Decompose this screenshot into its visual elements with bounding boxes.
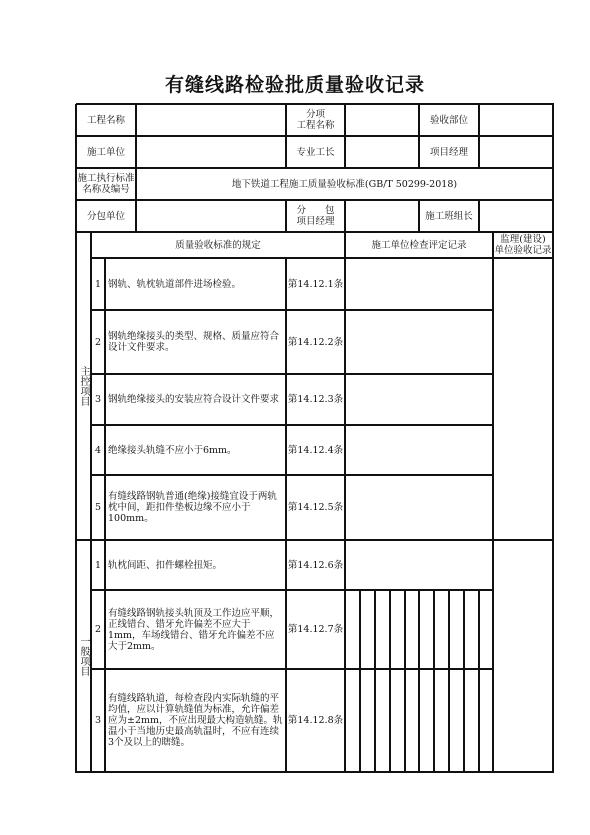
sub-manager-field[interactable] xyxy=(345,200,419,232)
grid-line xyxy=(135,200,137,233)
label-wrap: 施工执行标准名称及编号 xyxy=(77,173,134,195)
project-name-field[interactable] xyxy=(136,104,286,136)
grid-line xyxy=(448,590,450,773)
item-requirement: 有缝线路钢轨普通(绝缘)接缝宜设于两轨枕中间，距扣件垫板边缘不应小于100mm。 xyxy=(105,475,286,540)
project-name-label: 工程名称 xyxy=(76,104,136,136)
project-manager-field[interactable] xyxy=(479,136,553,168)
construction-unit-label: 施工单位 xyxy=(76,136,136,168)
grid-line xyxy=(91,474,494,476)
grid-line xyxy=(463,590,465,773)
measurement-cell[interactable] xyxy=(449,590,464,669)
item-requirement: 有缝线路轨道，每检查段内实际轨缝的平均值，应以计算轨缝值为标准，允许偏差应为±2… xyxy=(105,669,286,772)
item-requirement: 钢轨绝缘接头的类型、规格、质量应符合设计文件要求。 xyxy=(105,310,286,374)
item-number: 3 xyxy=(91,669,105,772)
grid-line xyxy=(478,200,480,233)
standard-col-header: 质量验收标准的规定 xyxy=(91,232,345,258)
supervisor-col-header: 监理(建设)单位验收记录 xyxy=(493,232,553,258)
grid-line xyxy=(135,104,137,169)
item-clause: 第14.12.7条 xyxy=(286,590,345,669)
label-line: 单位验收记录 xyxy=(494,245,551,256)
item-number: 1 xyxy=(91,540,105,590)
measurement-cell[interactable] xyxy=(360,590,375,669)
item-requirement: 钢轨绝缘接头的安装应符合设计文件要求 xyxy=(105,374,286,425)
grid-line xyxy=(418,104,420,169)
measurement-cell[interactable] xyxy=(464,590,479,669)
grid-line xyxy=(76,199,554,201)
label-line: 分 包 xyxy=(296,205,334,216)
label-line: 工程名称 xyxy=(296,120,334,131)
label-line: 分项 xyxy=(296,109,334,120)
foreman-label: 专业工长 xyxy=(286,136,345,168)
grid-line xyxy=(76,539,554,541)
general-items-label: 一般项目 xyxy=(76,540,91,772)
general-supervisor-record-field[interactable] xyxy=(493,540,553,772)
label-wrap: 分项工程名称 xyxy=(296,109,334,131)
item-number: 5 xyxy=(91,475,105,540)
grid-line xyxy=(418,200,420,233)
grid-line xyxy=(104,258,106,541)
grid-line xyxy=(91,257,554,259)
sub-manager-label: 分 包项目经理 xyxy=(286,200,345,232)
grid-line xyxy=(418,590,420,773)
grid-line xyxy=(359,590,361,773)
grid-line xyxy=(404,590,406,773)
item-number: 1 xyxy=(91,258,105,310)
grid-line xyxy=(344,104,346,169)
main-supervisor-record-field[interactable] xyxy=(493,258,553,540)
grid-line xyxy=(76,167,554,169)
item-number: 2 xyxy=(91,590,105,669)
measurement-cell[interactable] xyxy=(345,590,360,669)
sub-project-label: 分项工程名称 xyxy=(286,104,345,136)
label-line: 施工执行标准 xyxy=(77,173,134,184)
grid-line xyxy=(478,104,480,169)
acceptance-part-field[interactable] xyxy=(479,104,553,136)
grid-line xyxy=(76,135,554,137)
measurement-cell[interactable] xyxy=(390,669,405,772)
grid-line xyxy=(90,232,92,773)
measurement-cell[interactable] xyxy=(434,669,449,772)
grid-line xyxy=(478,590,480,773)
grid-line xyxy=(104,540,106,773)
measurement-cell[interactable] xyxy=(464,669,479,772)
item-requirement: 有缝线路钢轨接头轨顶及工作边应平顺，正线错台、错牙允许偏差不应大于1mm，车场线… xyxy=(105,590,286,669)
project-manager-label: 项目经理 xyxy=(419,136,479,168)
item-clause: 第14.12.6条 xyxy=(286,540,345,590)
measurement-cell[interactable] xyxy=(449,669,464,772)
item-clause: 第14.12.8条 xyxy=(286,669,345,772)
page-title: 有缝线路检验批质量验收记录 xyxy=(0,70,590,97)
team-leader-field[interactable] xyxy=(479,200,553,232)
measurement-cell[interactable] xyxy=(419,669,434,772)
team-leader-label: 施工班组长 xyxy=(419,200,479,232)
grid-line xyxy=(75,104,77,773)
grid-line xyxy=(344,232,346,773)
item-clause: 第14.12.3条 xyxy=(286,374,345,425)
check-record-field[interactable] xyxy=(345,310,493,374)
label-line: 名称及编号 xyxy=(77,184,134,195)
grid-line xyxy=(91,424,494,426)
check-record-field[interactable] xyxy=(345,540,493,590)
item-number: 4 xyxy=(91,425,105,475)
subcontractor-field[interactable] xyxy=(136,200,286,232)
acceptance-part-label: 验收部位 xyxy=(419,104,479,136)
item-requirement: 钢轨、轨枕轨道部件进场检验。 xyxy=(105,258,286,310)
grid-line xyxy=(91,309,494,311)
grid-line xyxy=(76,231,554,233)
measurement-cell[interactable] xyxy=(434,590,449,669)
grid-line xyxy=(344,200,346,233)
grid-line xyxy=(389,590,391,773)
label-wrap: 分 包项目经理 xyxy=(296,205,334,227)
measurement-cell[interactable] xyxy=(419,590,434,669)
grid-line xyxy=(285,200,287,233)
measurement-cell[interactable] xyxy=(360,669,375,772)
standard-label: 施工执行标准名称及编号 xyxy=(76,168,136,200)
item-clause: 第14.12.1条 xyxy=(286,258,345,310)
measurement-cell[interactable] xyxy=(405,669,419,772)
grid-line xyxy=(285,258,287,773)
check-col-header: 施工单位检查评定记录 xyxy=(345,232,493,258)
foreman-field[interactable] xyxy=(345,136,419,168)
grid-line xyxy=(492,232,494,773)
main-control-label: 主控项目 xyxy=(76,232,91,540)
grid-line xyxy=(374,590,376,773)
item-requirement: 绝缘接头轨缝不应小于6mm。 xyxy=(105,425,286,475)
measurement-cell[interactable] xyxy=(405,590,419,669)
measurement-cell[interactable] xyxy=(390,590,405,669)
label-line: 监理(建设) xyxy=(494,234,551,245)
label-line: 项目经理 xyxy=(296,216,334,227)
grid-line xyxy=(285,104,287,169)
check-record-field[interactable] xyxy=(345,475,493,540)
item-requirement: 轨枕间距、扣件螺栓扭矩。 xyxy=(105,540,286,590)
check-record-field[interactable] xyxy=(345,374,493,425)
grid-line xyxy=(135,168,137,201)
standard-value: 地下铁道工程施工质量验收标准(GB/T 50299-2018) xyxy=(136,168,553,200)
measurement-cell[interactable] xyxy=(375,669,390,772)
item-number: 3 xyxy=(91,374,105,425)
measurement-cell[interactable] xyxy=(345,669,360,772)
check-record-field[interactable] xyxy=(345,258,493,310)
grid-line xyxy=(91,373,494,375)
check-record-field[interactable] xyxy=(345,425,493,475)
construction-unit-field[interactable] xyxy=(136,136,286,168)
item-clause: 第14.12.5条 xyxy=(286,475,345,540)
sub-project-field[interactable] xyxy=(345,104,419,136)
grid-line xyxy=(552,104,554,773)
subcontractor-label: 分包单位 xyxy=(76,200,136,232)
item-clause: 第14.12.4条 xyxy=(286,425,345,475)
item-clause: 第14.12.2条 xyxy=(286,310,345,374)
grid-line xyxy=(433,590,435,773)
measurement-cell[interactable] xyxy=(375,590,390,669)
grid-line xyxy=(76,103,554,105)
grid-line xyxy=(76,771,554,773)
item-number: 2 xyxy=(91,310,105,374)
label-wrap: 监理(建设)单位验收记录 xyxy=(494,234,551,256)
